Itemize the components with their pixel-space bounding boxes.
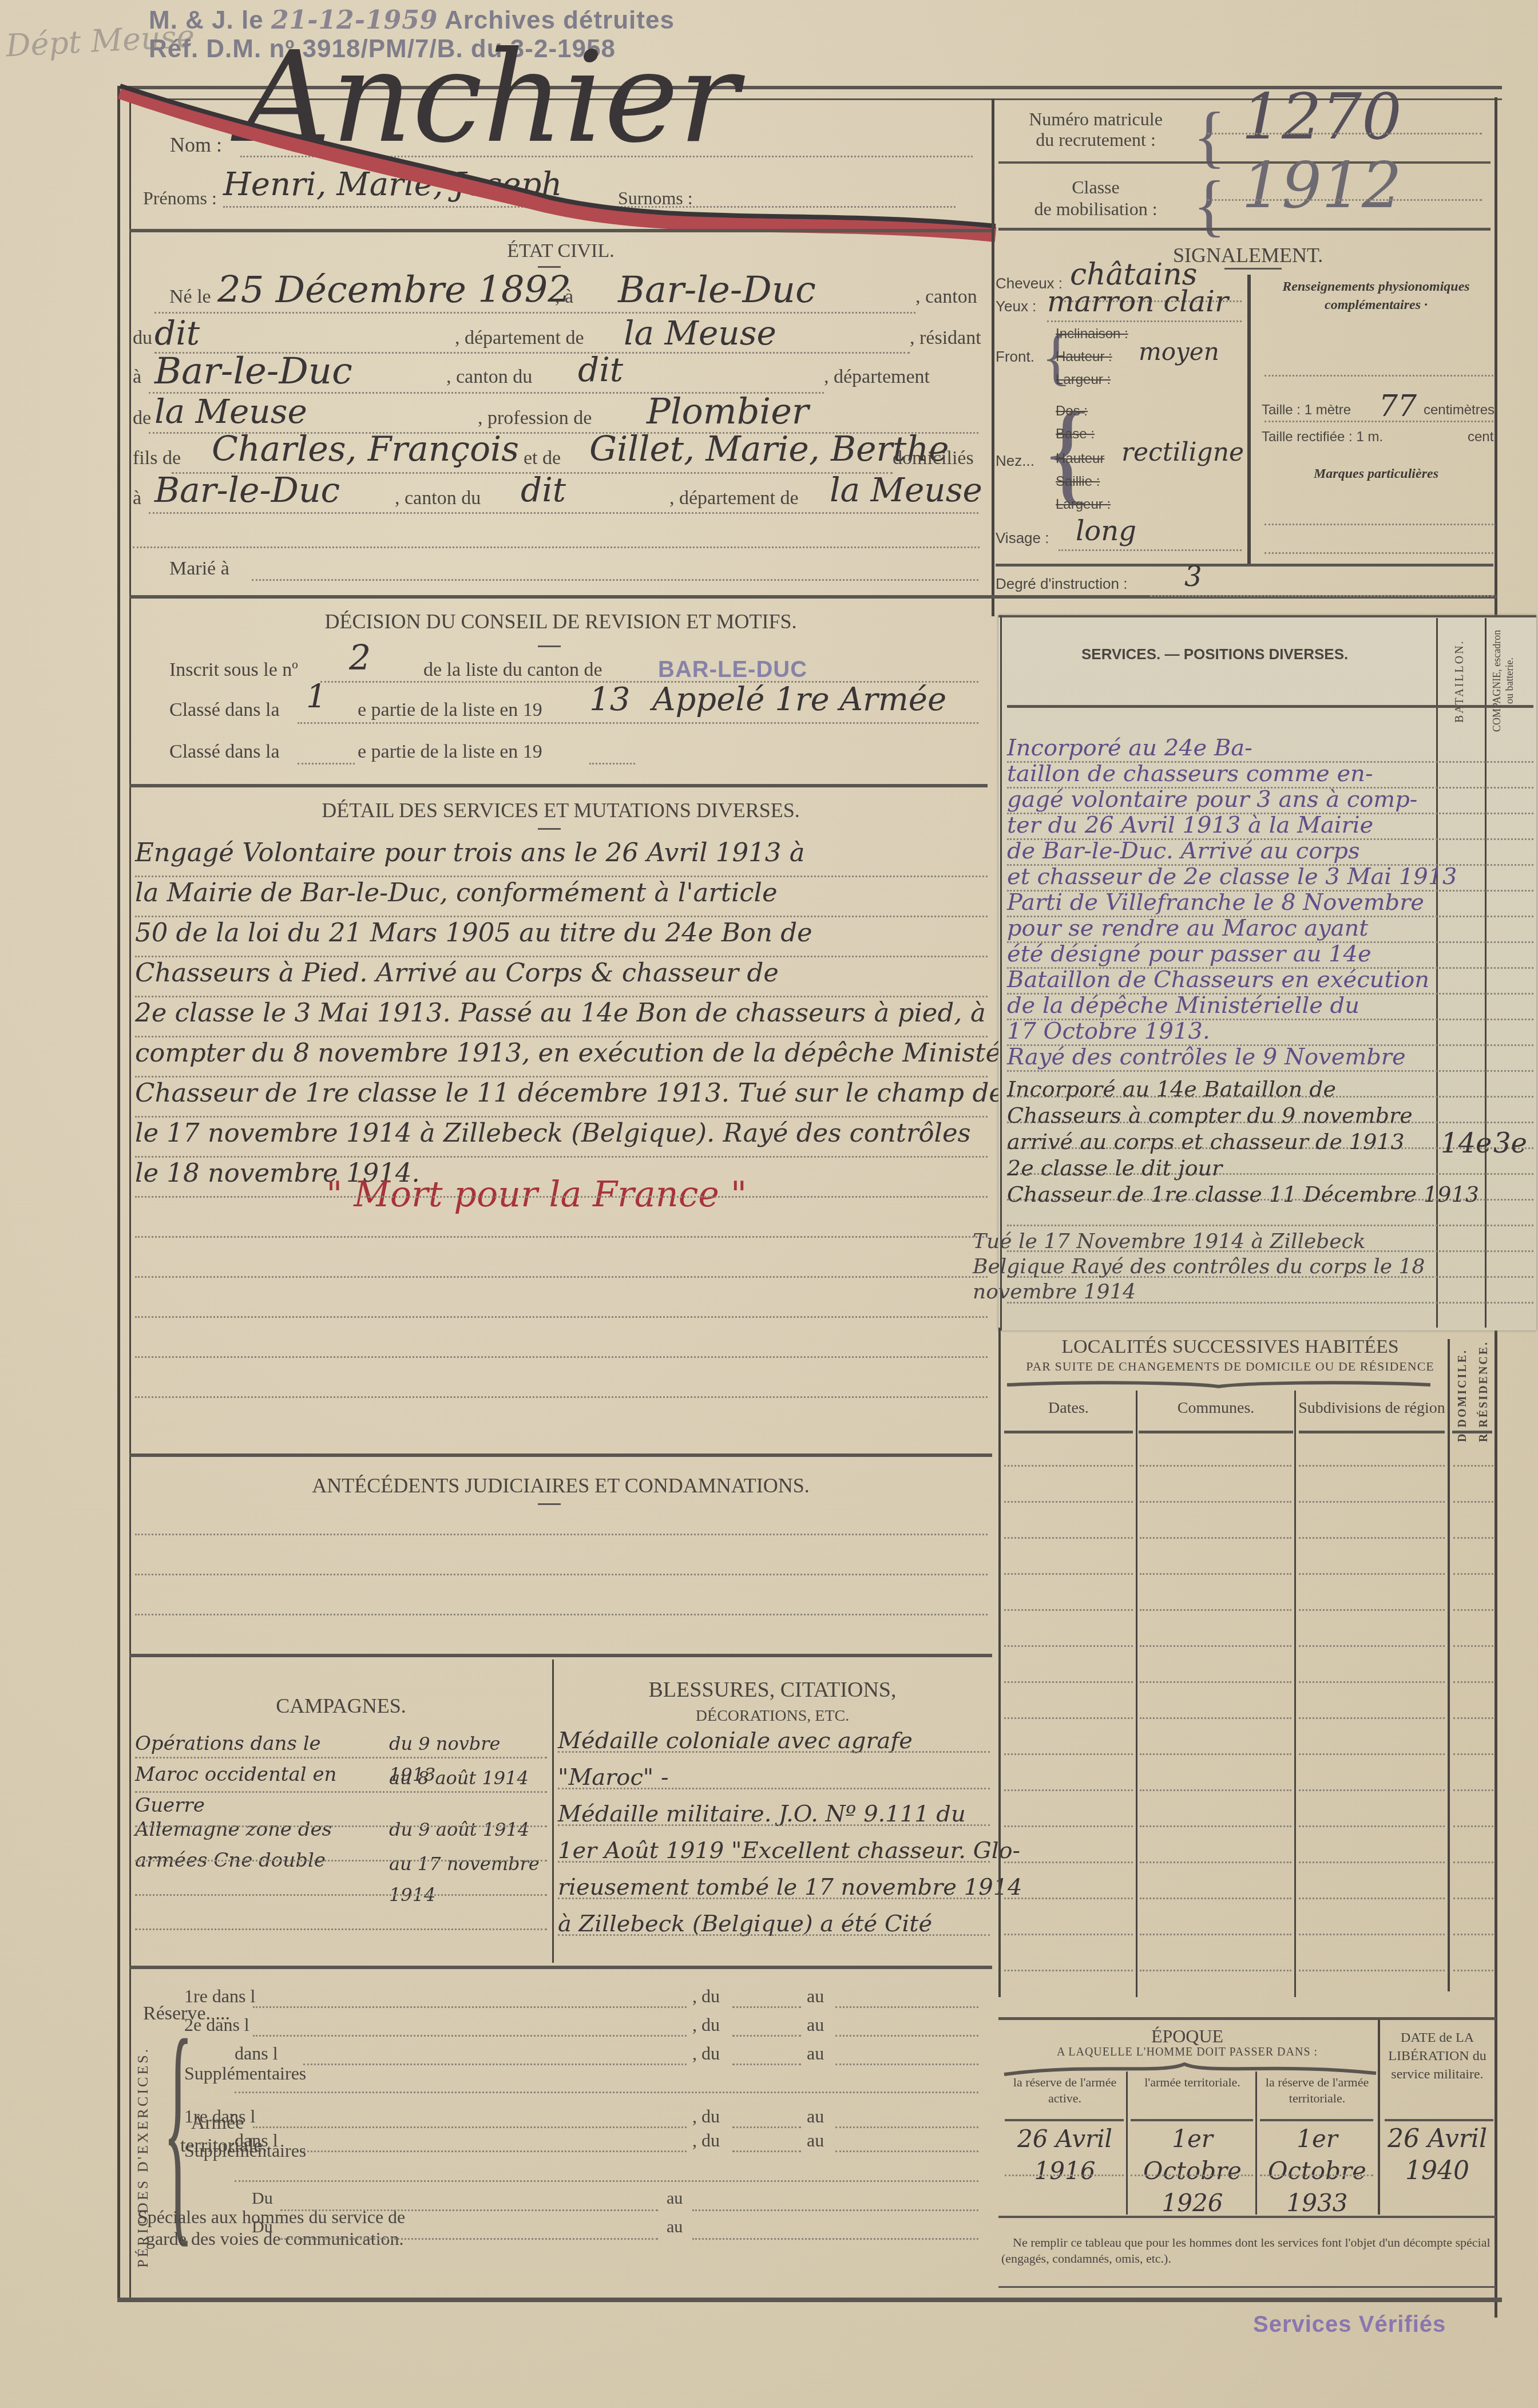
decision-divider xyxy=(129,784,988,787)
classe-dotline xyxy=(1207,199,1482,201)
localites-row-dotline xyxy=(1299,1825,1445,1827)
blessure-line: à Zillebeck (Belgique) a été Cité xyxy=(558,1906,993,1942)
epoque-value[interactable]: 1er Octobre1933 xyxy=(1258,2123,1377,2219)
services-line: pour se rendre au Maroc ayant xyxy=(1007,916,1433,941)
detail-services-title: DÉTAIL DES SERVICES ET MUTATIONS DIVERSE… xyxy=(129,798,992,822)
degre-instruction-value[interactable]: 3 xyxy=(1184,561,1202,593)
classe1-value[interactable]: 1 xyxy=(306,678,327,715)
matricule-label: Numéro matricule du recrutement : xyxy=(1001,109,1190,150)
campagne-to: au 17 novembre 1914 xyxy=(389,1848,549,1910)
localites-row-dotline xyxy=(1453,1501,1493,1503)
profession-value[interactable]: Plombier xyxy=(647,390,809,432)
localites-row-dotline xyxy=(1140,1681,1291,1683)
inscrit-value[interactable]: 2 xyxy=(349,638,371,678)
matricule-dotline xyxy=(1207,133,1482,134)
departement-label: , département de xyxy=(455,327,584,349)
localites-row-dotline xyxy=(1453,1970,1493,1971)
localites-row-dotline xyxy=(1140,1465,1291,1467)
ruled-dotline xyxy=(135,1534,988,1535)
et-de-label: et de xyxy=(524,447,561,469)
detail-line: la Mairie de Bar-le-Duc, conformément à … xyxy=(135,873,988,913)
classe-value[interactable]: 1912 xyxy=(1242,149,1402,222)
localites-col-header: Communes. xyxy=(1136,1399,1296,1417)
services-line: Chasseur de 1re classe 11 Décembre 1913 xyxy=(1007,1181,1433,1207)
localites-row-dotline xyxy=(1004,1681,1133,1683)
campagne-to: au 8 août 1914 xyxy=(389,1763,549,1793)
liberation-underline xyxy=(1385,2119,1493,2121)
yeux-dotline xyxy=(1047,320,1242,322)
localites-row-dotline xyxy=(1004,1501,1133,1503)
nez-hauteur-value[interactable]: rectiligne xyxy=(1121,438,1244,467)
localites-row-dotline xyxy=(1453,1465,1493,1467)
periode-du-label: , du xyxy=(692,2014,720,2035)
services-black-text: Incorporé au 14e Bataillon deChasseurs à… xyxy=(1007,1076,1433,1207)
services-line: arrivé au corps et chasseur de 1913 xyxy=(1007,1128,1433,1155)
ruled-dotline xyxy=(135,1236,988,1238)
ruled-dotline xyxy=(135,1156,988,1158)
localites-col-divider xyxy=(1136,1391,1137,1997)
visage-value[interactable]: long xyxy=(1076,515,1136,547)
localites-dr-divider xyxy=(1448,1339,1450,1991)
localites-row-dotline xyxy=(1299,1573,1445,1575)
localites-col-header: Dates. xyxy=(1001,1399,1136,1417)
marques-line-1 xyxy=(1265,524,1493,525)
antecedents-title: ANTÉCÉDENTS JUDICIAIRES ET CONDAMNATIONS… xyxy=(129,1474,992,1498)
epoque-value-1: 1er Octobre xyxy=(1128,2123,1256,2187)
ruled-dotline xyxy=(135,1757,547,1759)
localites-col-divider xyxy=(1294,1391,1296,1997)
mort-pour-la-france: " Mort pour la France " xyxy=(326,1173,747,1215)
periode-dotline xyxy=(835,2035,978,2037)
periode-du-label: Du xyxy=(252,2189,273,2208)
epoque-dotline xyxy=(1131,2175,1253,2176)
matricule-value[interactable]: 1270 xyxy=(1242,80,1402,153)
dom-value[interactable]: Bar-le-Duc xyxy=(154,470,340,510)
departement-value[interactable]: la Meuse xyxy=(624,314,776,353)
bataillon-value[interactable]: 14e xyxy=(1441,1127,1492,1159)
localites-row-dotline xyxy=(1453,1609,1493,1611)
localites-subtitle: PAR SUITE DE CHANGEMENTS DE DOMICILE OU … xyxy=(1001,1359,1459,1374)
blessure-line: "Maroc" - xyxy=(558,1759,993,1796)
ruled-dotline xyxy=(135,956,988,957)
localites-row-dotline xyxy=(1299,1717,1445,1719)
localites-row-dotline xyxy=(1299,1681,1445,1683)
blessures-title-1: BLESSURES, CITATIONS, xyxy=(555,1677,990,1703)
localites-header-rule xyxy=(1004,1431,1133,1433)
periode-au-label: au xyxy=(807,2043,824,2064)
front-inclinaison-label: Inclinaison : xyxy=(1056,326,1128,342)
epoque-dotline xyxy=(1260,2175,1373,2176)
localites-row-dotline xyxy=(1004,1717,1133,1719)
epoque-value[interactable]: 26 Avril1916 xyxy=(1002,2123,1127,2187)
localites-row-dotline xyxy=(1004,1753,1133,1755)
ruled-dotline xyxy=(135,1036,988,1037)
localites-row-dotline xyxy=(1453,1681,1493,1683)
slip-top-border xyxy=(998,615,1536,617)
signalement-rule xyxy=(1224,268,1282,270)
canton2-value[interactable]: dit xyxy=(578,350,623,389)
classe1-year[interactable]: 13 xyxy=(589,681,630,718)
yeux-label: Yeux : xyxy=(996,298,1036,315)
ruled-dotline xyxy=(135,996,988,997)
canton-stamp: BAR-LE-DUC xyxy=(658,657,807,683)
classe-label: Classe de mobilisation : xyxy=(1001,176,1190,220)
localites-row-dotline xyxy=(1453,1862,1493,1863)
ruled-dotline xyxy=(558,1861,990,1863)
periode-dotline xyxy=(732,2126,801,2128)
localites-header-rule xyxy=(1299,1431,1445,1433)
signalement-col-divider xyxy=(1247,275,1251,567)
ruled-dotline xyxy=(135,1196,988,1198)
marques-line-2 xyxy=(1265,552,1493,554)
periode-dotline xyxy=(732,2035,801,2037)
detail-line: 2e classe le 3 Mai 1913. Passé au 14e Bo… xyxy=(135,993,988,1033)
nez-hauteur-label: Hauteur xyxy=(1056,451,1104,467)
epoque-col-divider xyxy=(1126,2072,1128,2215)
periode-dans-label: 2e dans l xyxy=(184,2014,249,2035)
localites-row-dotline xyxy=(1453,1789,1493,1791)
visage-label: Visage : xyxy=(996,529,1049,547)
col-compagnie-header: COMPAGNIE, escadron ou batterie. xyxy=(1491,624,1531,738)
localites-row-dotline xyxy=(1140,1970,1291,1971)
taille-rectifiee-label: Taille rectifiée : 1 m. xyxy=(1262,429,1383,445)
campagne-from: du 9 août 1914 xyxy=(389,1814,549,1845)
services-line: novembre 1914 xyxy=(973,1280,1488,1305)
periode-au-label: au xyxy=(807,1986,824,2007)
localites-row-dotline xyxy=(1299,1789,1445,1791)
a-label: , à xyxy=(555,286,573,308)
slip-left-border xyxy=(1000,615,1002,1330)
taille-label: Taille : 1 mètre xyxy=(1262,402,1351,418)
renseignements-title-2: complémentaires · xyxy=(1256,296,1496,314)
taille-unit: centimètres xyxy=(1424,402,1495,418)
localites-row-dotline xyxy=(1004,1934,1133,1935)
antecedents-divider xyxy=(129,1654,992,1657)
epoque-top-divider xyxy=(998,2017,1496,2020)
detail-line: compter du 8 novembre 1913, en exécution… xyxy=(135,1033,988,1073)
epoque-value[interactable]: 1er Octobre1926 xyxy=(1128,2123,1256,2219)
degre-instruction-dotline xyxy=(1150,595,1493,597)
detail-line: le 17 novembre 1914 à Zillebeck (Belgiqu… xyxy=(135,1113,988,1153)
services-line: 17 Octobre 1913. xyxy=(1007,1019,1433,1044)
periode-dotline xyxy=(732,2006,801,2008)
liberation-value-1: 26 Avril xyxy=(1380,2123,1495,2155)
localites-row-dotline xyxy=(1453,1825,1493,1827)
periode-dans-label: dans l xyxy=(235,2043,278,2064)
taille-value[interactable]: 77 xyxy=(1379,389,1417,423)
residence-value[interactable]: Bar-le-Duc xyxy=(154,350,352,393)
localites-row-dotline xyxy=(1004,1465,1133,1467)
localites-row-dotline xyxy=(1299,1970,1445,1971)
ruled-dotline xyxy=(135,1276,988,1278)
localites-left-border xyxy=(998,1328,1001,1997)
localites-row-dotline xyxy=(1004,1825,1133,1827)
epoque-col-rule xyxy=(1131,2119,1253,2121)
front-largeur-label: Largeur : xyxy=(1056,372,1111,388)
localites-row-dotline xyxy=(1140,1609,1291,1611)
services-line: Incorporé au 24e Ba- xyxy=(1007,735,1433,761)
departement2-label: , département xyxy=(824,366,930,388)
lieu-naissance-value[interactable]: Bar-le-Duc xyxy=(618,269,816,311)
matricule-label-1: Numéro matricule xyxy=(1001,109,1190,129)
periode-du-label: , du xyxy=(692,2106,720,2127)
liberation-value-2: 1940 xyxy=(1380,2155,1495,2187)
residence-prefix: à xyxy=(133,366,141,388)
ruled-dotline xyxy=(135,1860,547,1862)
canton-value[interactable]: dit xyxy=(154,314,200,353)
periode-du-label: , du xyxy=(692,2130,720,2151)
pere-value[interactable]: Charles, François xyxy=(212,429,519,469)
services-line: été désigné pour passer au 14e xyxy=(1007,941,1433,967)
col-residence-header: R RÉSIDENCE. xyxy=(1477,1339,1491,1442)
localites-row-dotline xyxy=(1004,1898,1133,1899)
services-line: Bataillon de Chasseurs en exécution xyxy=(1007,967,1433,993)
periode-dans-label: 1re dans l xyxy=(184,2106,255,2127)
localites-row-dotline xyxy=(1140,1789,1291,1791)
canton2-label: , canton du xyxy=(446,366,532,388)
front-hauteur-label: Hauteur : xyxy=(1056,349,1112,365)
services-line: Tué le 17 Novembre 1914 à Zillebeck xyxy=(973,1229,1488,1254)
localites-row-dotline xyxy=(1299,1501,1445,1503)
classe2-mid: e partie de la liste en 19 xyxy=(358,741,542,763)
localites-row-dotline xyxy=(1299,1465,1445,1467)
periode-du-label: , du xyxy=(692,1986,720,2007)
ruled-dotline xyxy=(135,916,988,917)
ruled-dotline xyxy=(558,1788,990,1789)
ruled-dotline xyxy=(558,1751,990,1753)
ruled-dotline xyxy=(1007,1225,1533,1226)
periode-dans-label: 1re dans l xyxy=(184,1986,255,2007)
localites-row-dotline xyxy=(1299,1934,1445,1935)
ruled-dotline xyxy=(558,1824,990,1826)
dom-prefix: à xyxy=(133,488,141,509)
renseignements-title-1: Renseignements physionomiques xyxy=(1256,278,1496,296)
localites-row-dotline xyxy=(1140,1537,1291,1539)
services-line: Belgique Rayé des contrôles du corps le … xyxy=(973,1254,1488,1280)
periode-dotline xyxy=(835,2006,978,2008)
epoque-value-1: 26 Avril xyxy=(1002,2123,1127,2155)
periode-dotline xyxy=(303,2064,687,2065)
front-label: Front. xyxy=(996,348,1034,366)
matricule-label-2: du recrutement : xyxy=(1001,129,1190,150)
localites-row-dotline xyxy=(1299,1609,1445,1611)
classe1-dotline xyxy=(298,722,978,724)
localites-row-dotline xyxy=(1299,1898,1445,1899)
ne-le-label: Né le xyxy=(169,286,211,308)
localites-row-dotline xyxy=(1140,1825,1291,1827)
services-positions-title: SERVICES. — POSITIONS DIVERSES. xyxy=(1081,645,1348,663)
detail-line: Chasseurs à Pied. Arrivé au Corps & chas… xyxy=(135,953,988,993)
services-line: et chasseur de 2e classe le 3 Mai 1913 xyxy=(1007,864,1433,890)
detail-rule xyxy=(538,828,561,830)
renseignements-line-1 xyxy=(1265,375,1493,377)
signalement-divider xyxy=(996,564,1493,567)
classe-divider xyxy=(998,228,1491,231)
periode-au-label: au xyxy=(667,2217,683,2237)
periode-dotline xyxy=(835,2064,978,2065)
slip-col2-divider xyxy=(1485,618,1487,1328)
services-verifies-stamp: Services Vérifiés xyxy=(1253,2312,1446,2338)
localites-row-dotline xyxy=(1453,1537,1493,1539)
campagnes-bottom-divider xyxy=(129,1966,992,1969)
blessures-text: Médaille coloniale avec agrafe"Maroc" -M… xyxy=(558,1722,993,1942)
classe1-label: Classé dans la xyxy=(169,699,280,721)
line1-dotline xyxy=(154,312,915,314)
date-naissance-value[interactable]: 25 Décembre 1892 xyxy=(217,269,571,311)
periode-au-label: au xyxy=(807,2130,824,2151)
slip-col1-divider xyxy=(1436,618,1438,1328)
nez-saillie-label: Saillie : xyxy=(1056,474,1100,490)
localites-row-dotline xyxy=(1140,1934,1291,1935)
supplementaires-label: Supplémentaires xyxy=(184,2063,306,2084)
localites-row-dotline xyxy=(1004,1789,1133,1791)
periode-dotline xyxy=(235,2092,978,2093)
localites-row-dotline xyxy=(1004,1862,1133,1863)
degre-instruction-label: Degré d'instruction : xyxy=(996,575,1127,593)
periode-dotline xyxy=(732,2150,801,2152)
ruled-dotline xyxy=(135,1396,988,1398)
ruled-dotline xyxy=(135,1894,547,1896)
ruled-dotline xyxy=(135,1928,547,1930)
localites-row-dotline xyxy=(1140,1645,1291,1647)
frame-bottom xyxy=(117,2298,1502,2302)
strike-through-ribbon xyxy=(114,80,1007,252)
departement2-value[interactable]: la Meuse xyxy=(154,392,307,431)
services-line: Chasseurs à compter du 9 novembre xyxy=(1007,1102,1433,1128)
periode-dotline xyxy=(303,2150,687,2152)
classe1-note[interactable]: Appelé 1re Armée xyxy=(652,681,946,718)
services-line: ter du 26 Avril 1913 à la Mairie xyxy=(1007,813,1433,838)
localites-row-dotline xyxy=(1004,1645,1133,1647)
periode-dotline xyxy=(253,2126,687,2128)
localites-row-dotline xyxy=(1004,1537,1133,1539)
periode-dotline xyxy=(253,2035,687,2037)
periode-du-label: , du xyxy=(692,2043,720,2064)
localites-row-dotline xyxy=(1453,1898,1493,1899)
detail-divider xyxy=(129,1453,992,1457)
canton3-value[interactable]: dit xyxy=(521,470,566,509)
col-domicile-header: D DOMICILE. xyxy=(1456,1345,1469,1442)
periode-dotline xyxy=(692,2238,978,2240)
ruled-dotline xyxy=(135,1116,988,1118)
localites-row-dotline xyxy=(1299,1862,1445,1863)
localites-row-dotline xyxy=(1140,1573,1291,1575)
line6-dotline xyxy=(149,512,978,514)
periode-dotline xyxy=(280,2209,658,2211)
epoque-col-header: l'armée territoriale. xyxy=(1128,2074,1256,2090)
header-vertical-divider xyxy=(992,98,994,616)
localites-header-rule xyxy=(1452,1431,1492,1433)
classe2-dotline-1 xyxy=(298,763,355,765)
periode-dotline xyxy=(835,2150,978,2152)
inscrit-label: Inscrit sous le nº xyxy=(169,659,298,681)
classe2-dotline-2 xyxy=(589,763,635,765)
title-rule xyxy=(538,266,561,268)
localites-row-dotline xyxy=(1004,1609,1133,1611)
services-line: Parti de Villefranche le 8 Novembre xyxy=(1007,890,1433,916)
ruled-dotline xyxy=(135,1356,988,1358)
localites-col-header: Subdivisions de région xyxy=(1296,1399,1448,1417)
marie-dotline xyxy=(252,579,978,581)
compagnie-value[interactable]: 3e xyxy=(1493,1127,1527,1159)
ruled-dotline xyxy=(558,1898,990,1899)
services-line: 2e classe le dit jour xyxy=(1007,1155,1433,1181)
canton3-label: , canton du xyxy=(395,488,481,509)
ruled-dotline xyxy=(135,1791,547,1793)
marques-title: Marques particulières xyxy=(1256,466,1496,482)
periode-dotline xyxy=(692,2209,978,2211)
classe1-mid: e partie de la liste en 19 xyxy=(358,699,542,721)
yeux-value[interactable]: marron clair xyxy=(1047,285,1228,318)
liberation-value[interactable]: 26 Avril 1940 xyxy=(1380,2123,1495,2187)
nez-label: Nez... xyxy=(996,452,1034,470)
detail-line: Engagé Volontaire pour trois ans le 26 A… xyxy=(135,833,988,873)
blessure-line: Médaille coloniale avec agrafe xyxy=(558,1722,993,1759)
profession-label: , profession de xyxy=(478,407,592,429)
campagne-label: Opérations dans le Maroc occidental en G… xyxy=(135,1728,375,1821)
services-line: Rayé des contrôles le 9 Novembre xyxy=(1007,1044,1433,1070)
ruled-dotline xyxy=(135,1825,547,1827)
header-divider xyxy=(129,229,992,232)
blessures-title: BLESSURES, CITATIONS, DÉCORATIONS, ETC. xyxy=(555,1677,990,1729)
services-line: taillon de chasseurs comme en- xyxy=(1007,761,1433,787)
periode-dans-label: dans l xyxy=(235,2130,278,2151)
localites-row-dotline xyxy=(1299,1753,1445,1755)
periode-au-label: au xyxy=(667,2189,683,2208)
localites-row-dotline xyxy=(1140,1753,1291,1755)
marie-label: Marié à xyxy=(169,558,229,580)
periode-dotline xyxy=(732,2064,801,2065)
nez-dos-label: Dos : xyxy=(1056,403,1088,419)
services-line: Incorporé au 14e Bataillon de xyxy=(1007,1076,1433,1102)
departement3-value[interactable]: la Meuse xyxy=(830,470,982,509)
decision-title: DÉCISION DU CONSEIL DE REVISION ET MOTIF… xyxy=(129,609,992,633)
epoque-bottom-divider xyxy=(998,2216,1496,2218)
services-final-text: Tué le 17 Novembre 1914 à ZillebeckBelgi… xyxy=(973,1229,1488,1305)
classe-label-2: de mobilisation : xyxy=(1001,198,1190,220)
blessure-line: rieusement tombé le 17 novembre 1914 xyxy=(558,1869,993,1906)
periode-dotline xyxy=(835,2126,978,2128)
taille-rectifiee-unit: cent. xyxy=(1468,429,1497,445)
localites-header-rule xyxy=(1139,1431,1293,1433)
epoque-col-divider xyxy=(1255,2072,1257,2215)
periode-au-label: au xyxy=(807,2014,824,2035)
nez-largeur-label: Largeur : xyxy=(1056,497,1111,513)
departement3-label: , département de xyxy=(669,488,799,509)
localites-row-dotline xyxy=(1140,1862,1291,1863)
canton-prefix: du xyxy=(133,327,152,349)
localites-row-dotline xyxy=(1453,1934,1493,1935)
liberation-header: DATE de LA LIBÉRATION du service militai… xyxy=(1380,2029,1495,2084)
epoque-col-header: la réserve de l'armée territoriale. xyxy=(1258,2074,1377,2106)
detail-line: Chasseur de 1re classe le 11 décembre 19… xyxy=(135,1073,988,1113)
ruled-dotline xyxy=(135,1574,988,1575)
ruled-dotline xyxy=(135,1076,988,1078)
epoque-note: Ne remplir ce tableau que pour les homme… xyxy=(1001,2235,1493,2267)
epoque-col-rule xyxy=(1005,2119,1124,2121)
fils-de-label: fils de xyxy=(133,447,181,469)
front-hauteur-value[interactable]: moyen xyxy=(1139,338,1219,366)
ruled-dotline xyxy=(1007,1070,1533,1072)
localites-row-dotline xyxy=(1004,1573,1133,1575)
nez-base-label: Base : xyxy=(1056,426,1095,442)
detail-services-text: Engagé Volontaire pour trois ans le 26 A… xyxy=(135,833,988,1193)
classe-label-1: Classe xyxy=(1001,176,1190,198)
periode-du-label: Du xyxy=(252,2217,273,2237)
localites-title: LOCALITÉS SUCCESSIVES HABITÉES xyxy=(1001,1336,1459,1358)
blessure-line: Médaille militaire. J.O. Nº 9.111 du xyxy=(558,1796,993,1832)
epoque-value-1: 1er Octobre xyxy=(1258,2123,1377,2187)
